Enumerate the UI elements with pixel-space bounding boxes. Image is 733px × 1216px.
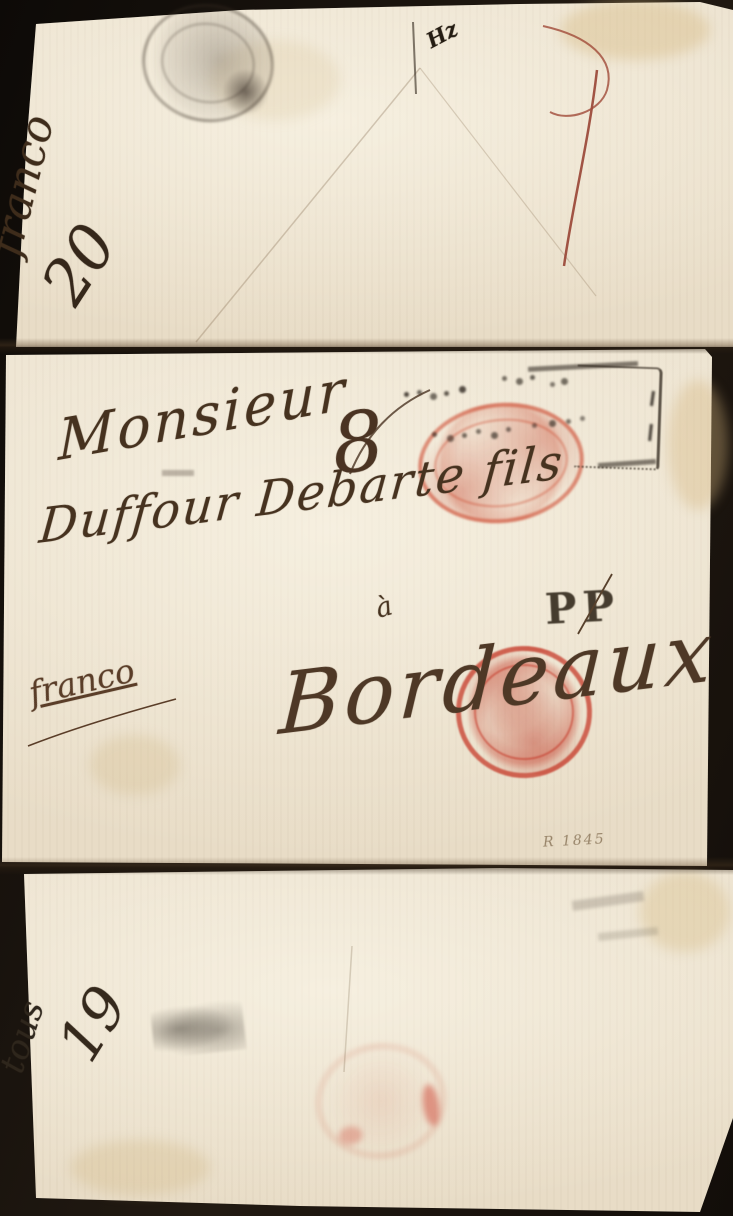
pencil-collector-note: R 1845 [543,831,606,850]
letter-scan: franco 20 Hz Monsieur 8 Duffour Debarte … [0,0,733,1216]
letter-back-panel [0,0,733,347]
boxed-transit-stamp-icon [574,365,663,471]
transit-postmark-bottom-icon [149,995,246,1058]
smudged-datestamp-text [404,392,409,397]
paper-smudge [162,470,194,476]
